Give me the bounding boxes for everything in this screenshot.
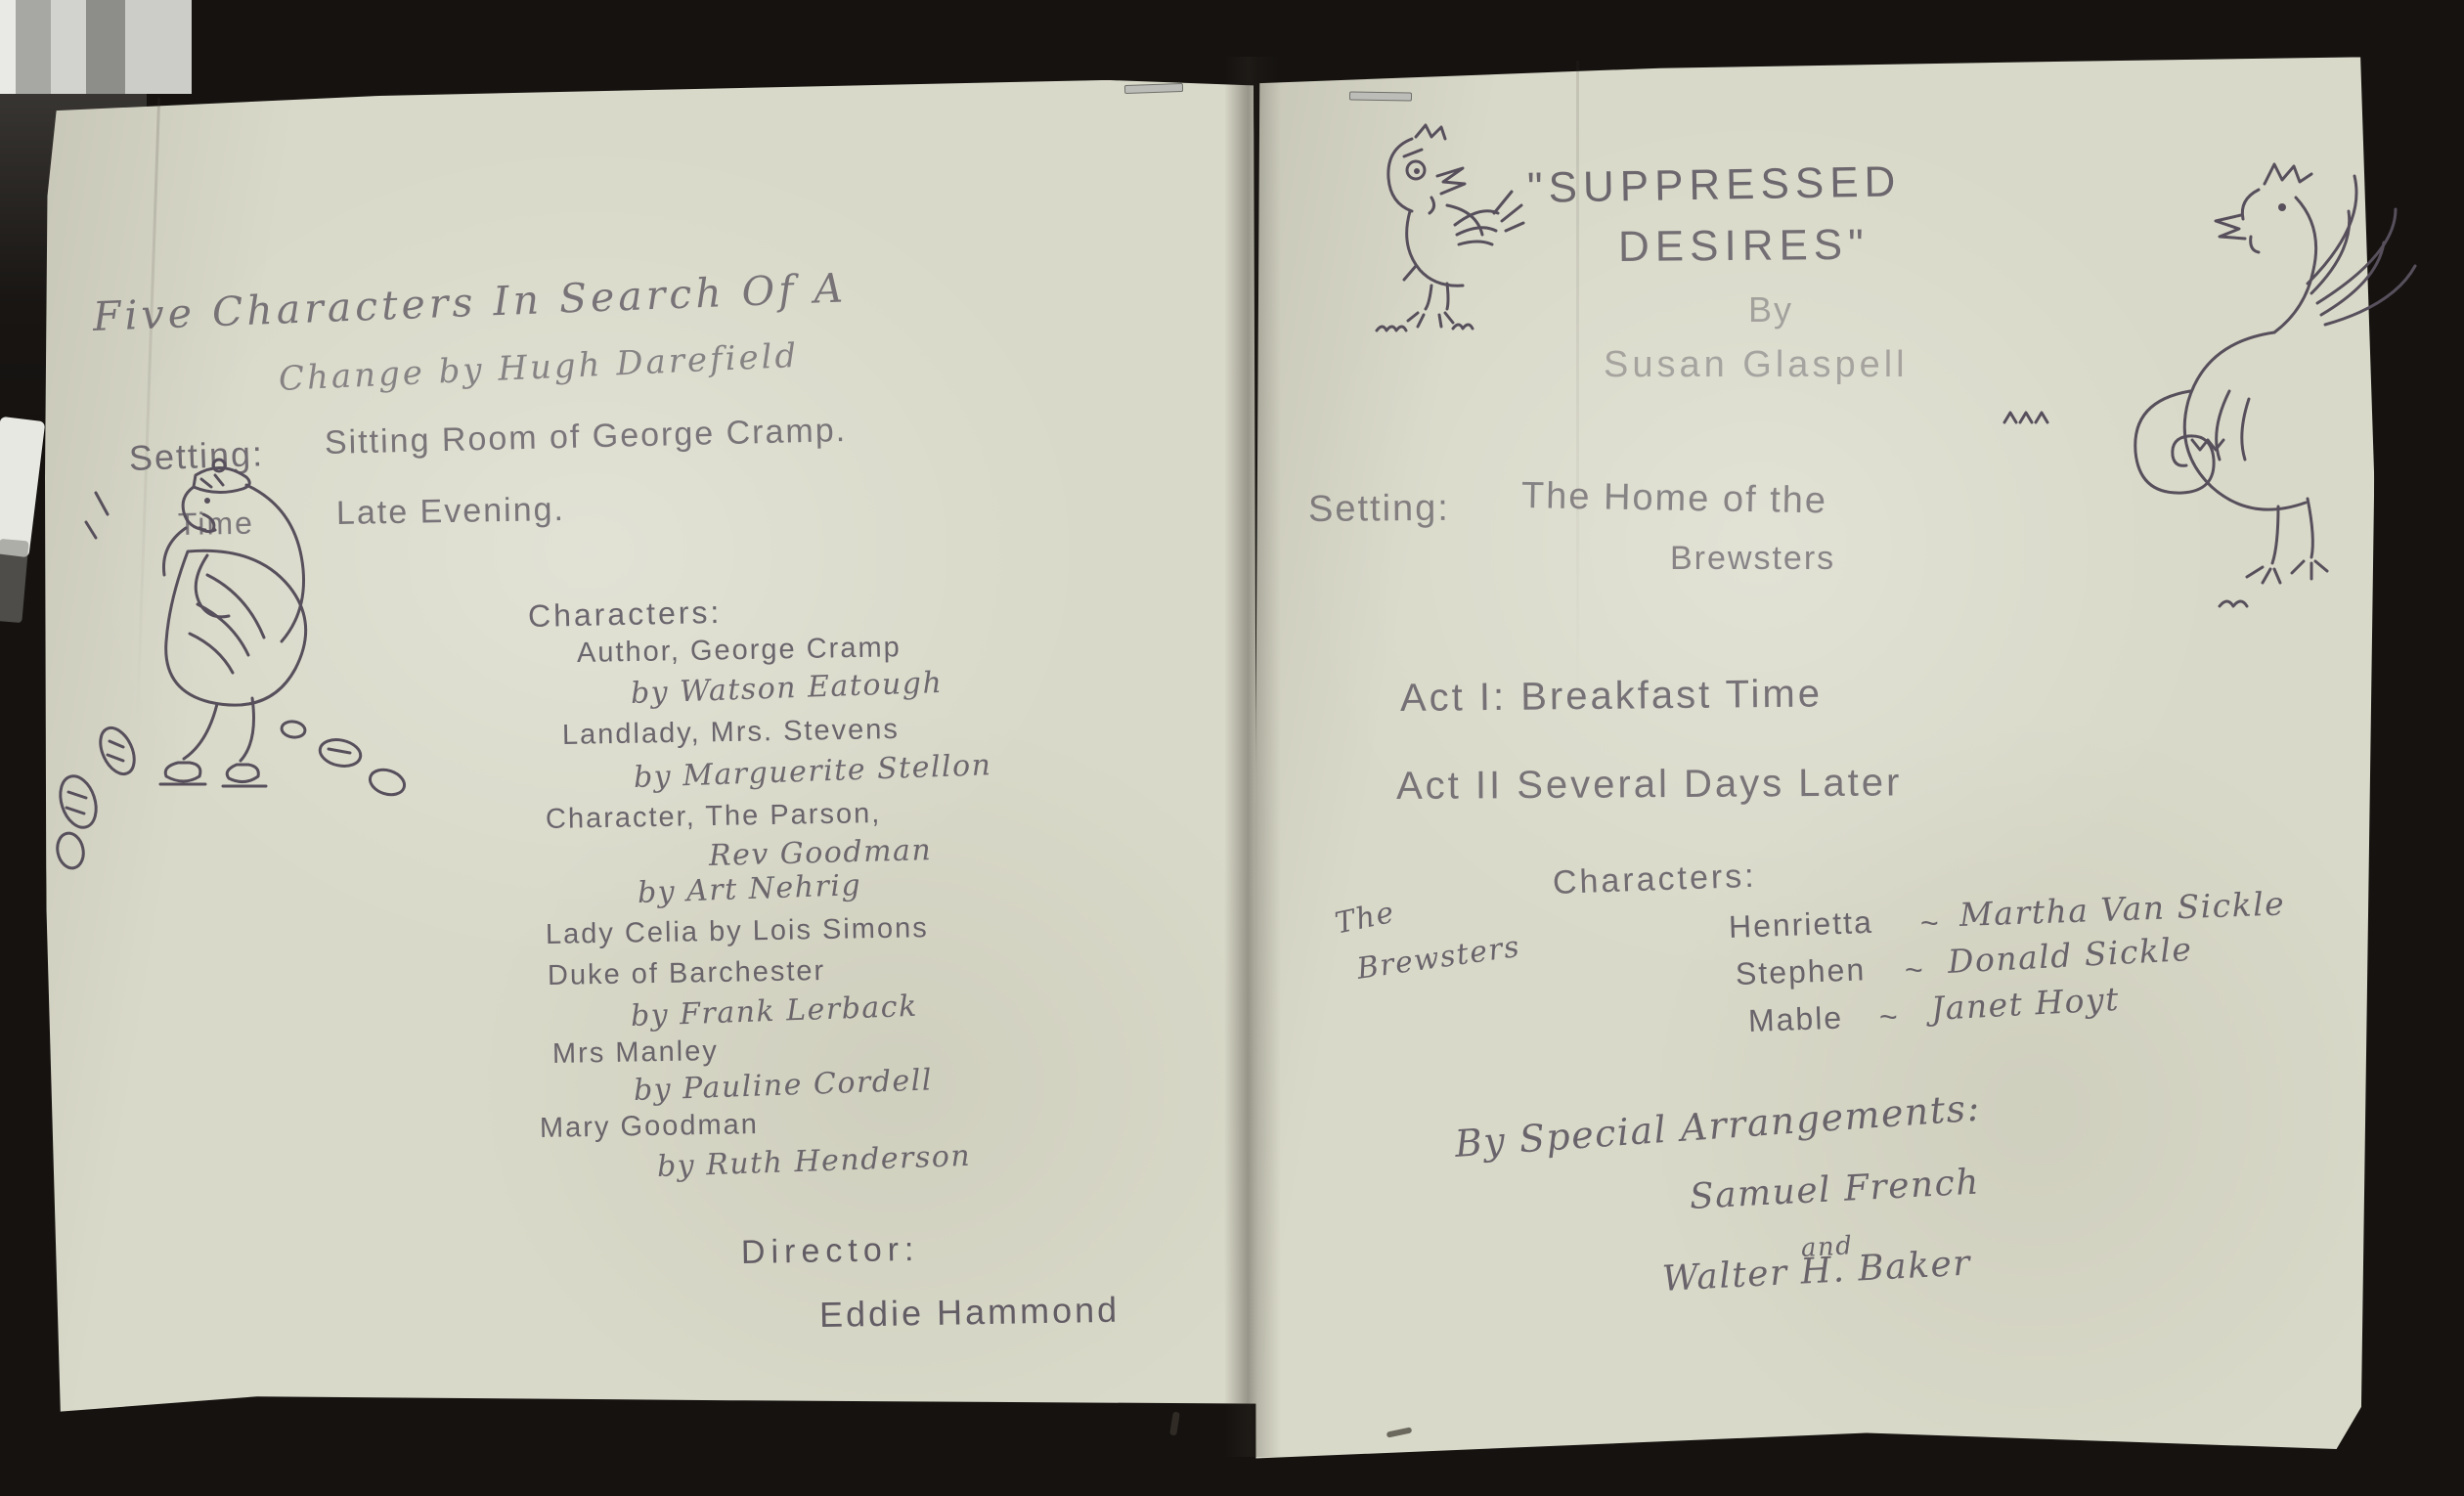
right-setting-value1: The Home of the bbox=[1521, 475, 1828, 522]
cast-separator: ~ bbox=[1879, 999, 1900, 1035]
act1: Act I: Breakfast Time bbox=[1400, 672, 1823, 721]
cast-role: Mable bbox=[1747, 1000, 1843, 1039]
right-author: Susan Glaspell bbox=[1604, 344, 1909, 386]
left-time-value: Late Evening. bbox=[336, 491, 566, 533]
right-page-crease bbox=[1576, 61, 1579, 706]
left-characters-heading: Characters: bbox=[528, 594, 723, 635]
director-name: Eddie Hammond bbox=[819, 1290, 1121, 1336]
rooster-sketch bbox=[1985, 147, 2376, 655]
cast-line: Lady Celia by Lois Simons bbox=[546, 912, 929, 951]
cast-separator: ~ bbox=[1905, 952, 1925, 989]
footprint-sketches bbox=[47, 712, 418, 868]
cast-role: Stephen bbox=[1735, 951, 1866, 992]
background-shelf-stripes bbox=[0, 0, 192, 94]
right-byline: By bbox=[1748, 289, 1793, 330]
cast-line: Mrs Manley bbox=[552, 1035, 719, 1071]
center-fold bbox=[1224, 57, 1281, 1457]
right-title-line1: "SUPPRESSED bbox=[1527, 157, 1902, 213]
right-title-line2: DESIRES" bbox=[1618, 221, 1870, 272]
cast-line: Character, The Parson, bbox=[546, 798, 882, 836]
cast-line: Landlady, Mrs. Stevens bbox=[562, 714, 900, 752]
background-paper-sliver bbox=[0, 417, 45, 558]
right-setting-label: Setting: bbox=[1308, 488, 1450, 531]
cast-separator: ~ bbox=[1920, 905, 1941, 942]
cast-line: Author, George Cramp bbox=[577, 632, 902, 670]
right-characters-heading: Characters: bbox=[1552, 858, 1757, 902]
background-gray-sliver bbox=[0, 539, 29, 623]
director-label: Director: bbox=[741, 1231, 920, 1272]
staple-bottom-left bbox=[1169, 1412, 1180, 1436]
scanned-theater-program: Five Characters In Search Of A Change by… bbox=[0, 0, 2464, 1496]
cast-role: Henrietta bbox=[1728, 904, 1873, 946]
staple-top-right bbox=[1349, 91, 1412, 101]
cast-line: Duke of Barchester bbox=[548, 955, 826, 992]
cast-line: Mary Goodman bbox=[540, 1109, 759, 1145]
act2: Act II Several Days Later bbox=[1396, 761, 1903, 809]
cast-line: Rev Goodman bbox=[709, 833, 933, 873]
chicken-sketch bbox=[1322, 119, 1547, 364]
right-setting-value2: Brewsters bbox=[1670, 540, 1835, 578]
